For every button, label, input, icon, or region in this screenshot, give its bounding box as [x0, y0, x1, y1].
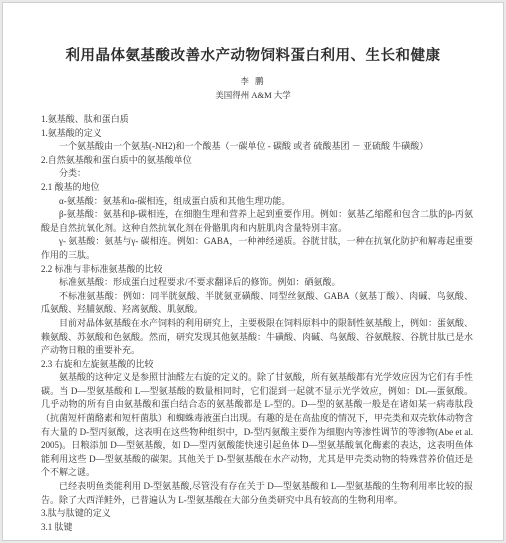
document-page: 利用晶体氨基酸改善水产动物饲料蛋白利用、生长和健康 李 鹏 美国得州 A&M 大…	[2, 2, 504, 541]
affiliation-line: 美国得州 A&M 大学	[3, 89, 503, 101]
section-heading: 1.氨基酸的定义	[41, 127, 473, 141]
paragraph: 不标准氨基酸：例如：同半胱氨酸、半胱氨亚磺酸、同型丝氨酸、GABA（氨基丁酸）、…	[41, 290, 473, 317]
paragraph: 目前对晶体氨基酸在水产饲料的利用研究上，主要极限在饲料原料中的限制性氨基酸上，例…	[41, 317, 473, 358]
paragraph: 一个氨基酸由一个氨基(-NH2)和一个酸基（一碳单位 - 碳酸 或者 硫酸基团 …	[41, 140, 473, 154]
section-heading: 3.肽与肽键的定义	[41, 507, 473, 521]
paragraph: γ- 氨基酸：氨基与γ- 碳相连。例如：GABA，一种神经递质。谷胱甘肽，一种在…	[41, 235, 473, 262]
page-title: 利用晶体氨基酸改善水产动物饲料蛋白利用、生长和健康	[3, 47, 503, 65]
section-heading: 2.自然氨基酸和蛋白质中的氨基酸单位	[41, 154, 473, 168]
paragraph: α-氨基酸：氨基和α-碳相连，组成蛋白质和其他生理功能。	[41, 195, 473, 209]
author-line: 李 鹏	[3, 75, 503, 87]
section-heading: 2.2 标准与非标准氨基酸的比较	[41, 263, 473, 277]
paragraph: 氨基酸的这种定义是参照甘油醛左右旋的定义的。除了甘氨酸，所有氨基酸都有光学效应因…	[41, 371, 473, 480]
section-heading: 2.1 酸基的地位	[41, 181, 473, 195]
section-heading: 1.氨基酸、肽和蛋白质	[41, 113, 473, 127]
section-heading: 2.3 右旋和左旋氨基酸的比较	[41, 358, 473, 372]
title-block: 利用晶体氨基酸改善水产动物饲料蛋白利用、生长和健康 李 鹏 美国得州 A&M 大…	[3, 47, 503, 101]
paragraph: β-氨基酸：氨基和β-碳相连，在细胞生理和营养上起到重要作用。例如：氨基乙缩醛和…	[41, 208, 473, 235]
paragraph: 标准氨基酸：形成蛋白过程要求/不要求翻译后的修饰。例如：硒氨酸。	[41, 276, 473, 290]
document-body: 1.氨基酸、肽和蛋白质1.氨基酸的定义一个氨基酸由一个氨基(-NH2)和一个酸基…	[3, 113, 503, 534]
paragraph: 已经表明鱼类能利用 D-型氨基酸,尽管没有存在关于 D—型氨基酸和 L—型氨基酸…	[41, 480, 473, 507]
paragraph: 分类：	[41, 167, 473, 181]
section-heading: 3.1 肽键	[41, 521, 473, 535]
